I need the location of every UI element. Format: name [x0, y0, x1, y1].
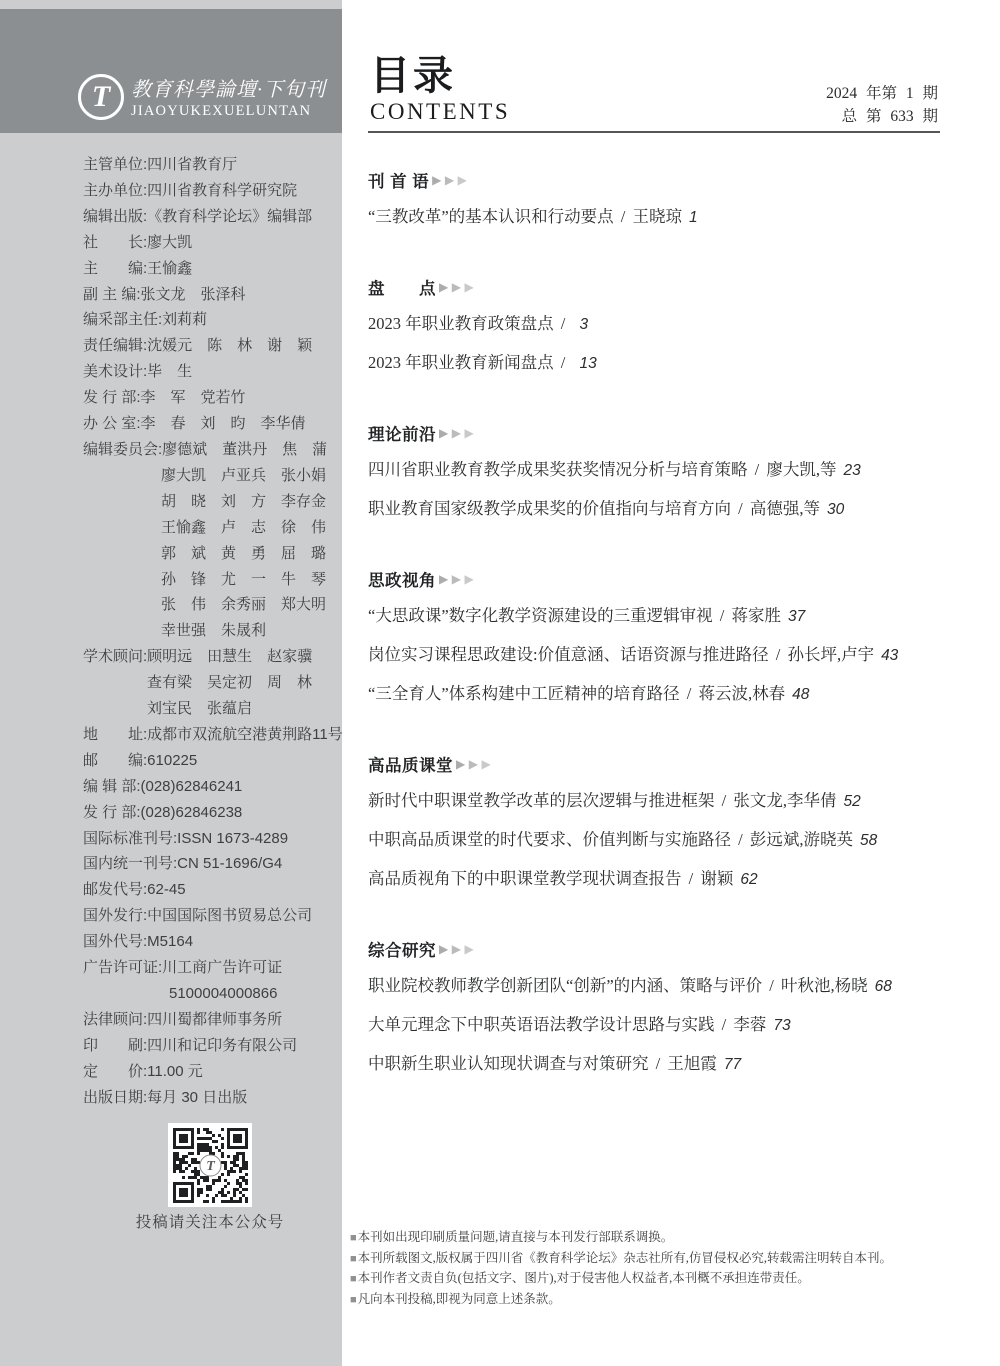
article-separator: / — [683, 684, 696, 703]
footer-note-text: 本刊如出现印刷质量问题,请直接与本刊发行部联系调换。 — [358, 1230, 674, 1244]
journal-info-list: 主管单位:四川省教育厅主办单位:四川省教育科学研究院编辑出版:《教育科学论坛》编… — [0, 152, 342, 1111]
triangle-arrow-icon: ▶ — [458, 174, 468, 186]
journal-info-line: 孙 锋 尤 一 牛 琴 — [83, 567, 336, 593]
footer-note: ■凡向本刊投稿,即视为同意上述条款。 — [350, 1290, 950, 1311]
journal-info-line: 编采部主任:刘莉莉 — [83, 307, 336, 333]
article-authors: 彭远斌,游晓英 — [750, 830, 853, 849]
sidebar: T 教育科學論壇·下旬刊 JIAOYUKEXUELUNTAN 主管单位:四川省教… — [0, 0, 342, 1366]
triangle-arrow-icon: ▶ — [464, 281, 474, 293]
journal-info-line: 法律顾问:四川蜀都律师事务所 — [83, 1007, 336, 1033]
section-title-text: 盘 点 — [368, 275, 436, 299]
article-entry: 四川省职业教育教学成果奖获奖情况分析与培育策略 / 廖大凯,等23 — [368, 451, 940, 490]
triangle-arrow-icon: ▶ — [439, 281, 449, 293]
article-title: “三全育人”体系构建中工匠精神的培育路径 — [368, 684, 680, 703]
article-title: 职业教育国家级教学成果奖的价值指向与培育方向 — [368, 499, 731, 518]
triangle-arrow-icon: ▶ — [452, 943, 462, 955]
journal-info-line: 郭 斌 黄 勇 屈 璐 — [83, 541, 336, 567]
article-separator: / — [557, 314, 570, 333]
issue-number: 2024 年第 1 期 — [826, 82, 938, 105]
logo-letter: T — [92, 82, 110, 112]
article-authors: 高德强,等 — [750, 499, 820, 518]
footer-note: ■本刊所载图文,版权属于四川省《教育科学论坛》杂志社所有,仿冒侵权必究,转载需注… — [350, 1249, 950, 1270]
article-entry: 职业院校教师教学创新团队“创新”的内涵、策略与评价 / 叶秋池,杨晓68 — [368, 967, 940, 1006]
article-authors: 蒋家胜 — [732, 606, 782, 625]
article-page-number: 68 — [875, 978, 892, 995]
article-page-number: 73 — [773, 1017, 790, 1034]
article-authors: 孙长坪,卢宇 — [787, 645, 874, 664]
article-separator: / — [617, 207, 630, 226]
article-entry: 2023 年职业教育政策盘点 / 3 — [368, 305, 940, 344]
section-title: 刊 首 语▶▶▶ — [368, 164, 940, 196]
article-authors: 叶秋池,杨晓 — [781, 976, 868, 995]
triangle-arrow-icon: ▶ — [456, 758, 466, 770]
issue-info: 2024 年第 1 期 总 第 633 期 — [826, 82, 938, 128]
journal-info-line: 国外代号:M5164 — [83, 929, 336, 955]
journal-info-line: 幸世强 朱晟利 — [83, 618, 336, 644]
toc-section: 综合研究▶▶▶职业院校教师教学创新团队“创新”的内涵、策略与评价 / 叶秋池,杨… — [368, 933, 940, 1084]
footer-note: ■本刊如出现印刷质量问题,请直接与本刊发行部联系调换。 — [350, 1228, 950, 1249]
section-title: 高品质课堂▶▶▶ — [368, 748, 940, 780]
journal-info-line: 社 长:廖大凯 — [83, 230, 336, 256]
logo-text: 教育科學論壇·下旬刊 JIAOYUKEXUELUNTAN — [131, 73, 326, 120]
triangle-arrow-icon: ▶ — [432, 174, 442, 186]
toc-section: 盘 点▶▶▶2023 年职业教育政策盘点 / 32023 年职业教育新闻盘点 /… — [368, 271, 940, 383]
article-separator: / — [751, 460, 764, 479]
journal-name-pinyin: JIAOYUKEXUELUNTAN — [131, 103, 326, 120]
article-separator: / — [772, 645, 785, 664]
journal-info-line: 责任编辑:沈媛元 陈 林 谢 颖 — [83, 333, 336, 359]
article-separator: / — [734, 830, 747, 849]
triangle-arrow-icon: ▶ — [445, 174, 455, 186]
article-separator: / — [652, 1054, 665, 1073]
article-title: 中职新生职业认知现状调查与对策研究 — [368, 1054, 649, 1073]
footer-notes: ■本刊如出现印刷质量问题,请直接与本刊发行部联系调换。■本刊所载图文,版权属于四… — [350, 1228, 950, 1310]
square-bullet-icon: ■ — [350, 1273, 357, 1285]
journal-logo: T 教育科學論壇·下旬刊 JIAOYUKEXUELUNTAN — [78, 73, 326, 120]
article-entry: 中职高品质课堂的时代要求、价值判断与实施路径 / 彭远斌,游晓英58 — [368, 821, 940, 860]
section-title-text: 思政视角 — [368, 567, 436, 591]
article-page-number: 37 — [788, 608, 805, 625]
article-separator: / — [557, 353, 570, 372]
triangle-arrow-icon: ▶ — [452, 281, 462, 293]
footer-note-text: 本刊作者文责自负(包括文字、图片),对于侵害他人权益者,本刊概不承担连带责任。 — [358, 1271, 810, 1285]
contents-column: 目录 CONTENTS 2024 年第 1 期 总 第 633 期 刊 首 语▶… — [368, 0, 940, 1084]
triangle-arrow-icon: ▶ — [464, 573, 474, 585]
journal-info-line: 编 辑 部:(028)62846241 — [83, 774, 336, 800]
magazine-contents-page: T 教育科學論壇·下旬刊 JIAOYUKEXUELUNTAN 主管单位:四川省教… — [0, 0, 1000, 1366]
journal-name-cn: 教育科學論壇·下旬刊 — [131, 73, 326, 102]
article-entry: 岗位实习课程思政建设:价值意涵、话语资源与推进路径 / 孙长坪,卢宇43 — [368, 636, 940, 675]
toc-section: 思政视角▶▶▶“大思政课”数字化教学资源建设的三重逻辑审视 / 蒋家胜37岗位实… — [368, 563, 940, 714]
article-entry: 高品质视角下的中职课堂教学现状调查报告 / 谢颖62 — [368, 860, 940, 899]
journal-info-line: 胡 晓 刘 方 李存金 — [83, 489, 336, 515]
journal-info-line: 王愉鑫 卢 志 徐 伟 — [83, 515, 336, 541]
article-title: 2023 年职业教育新闻盘点 — [368, 353, 554, 372]
qr-code: T — [168, 1123, 252, 1207]
square-bullet-icon: ■ — [350, 1232, 357, 1244]
journal-info-line: 发 行 部:李 军 党若竹 — [83, 385, 336, 411]
article-page-number: 1 — [689, 209, 698, 226]
article-page-number: 48 — [792, 686, 809, 703]
article-authors: 蒋云波,林春 — [699, 684, 786, 703]
article-page-number: 58 — [860, 832, 877, 849]
article-page-number: 23 — [843, 462, 860, 479]
article-authors: 李蓉 — [733, 1015, 766, 1034]
article-title: 四川省职业教育教学成果奖获奖情况分析与培育策略 — [368, 460, 748, 479]
article-entry: “大思政课”数字化教学资源建设的三重逻辑审视 / 蒋家胜37 — [368, 597, 940, 636]
journal-info-line: 国际标准刊号:ISSN 1673-4289 — [83, 826, 336, 852]
article-separator: / — [716, 606, 729, 625]
footer-note-text: 本刊所载图文,版权属于四川省《教育科学论坛》杂志社所有,仿冒侵权必究,转载需注明… — [358, 1251, 892, 1265]
journal-masthead: T 教育科學論壇·下旬刊 JIAOYUKEXUELUNTAN — [0, 9, 342, 133]
article-title: 新时代中职课堂教学改革的层次逻辑与推进框架 — [368, 791, 715, 810]
toc-section: 刊 首 语▶▶▶“三教改革”的基本认识和行动要点 / 王晓琼1 — [368, 164, 940, 237]
issue-total: 总 第 633 期 — [826, 105, 938, 128]
journal-info-line: 主 编:王愉鑫 — [83, 256, 336, 282]
triangle-arrow-icon: ▶ — [439, 943, 449, 955]
article-entry: “三全育人”体系构建中工匠精神的培育路径 / 蒋云波,林春48 — [368, 675, 940, 714]
article-authors: 王旭霞 — [667, 1054, 717, 1073]
article-separator: / — [718, 791, 731, 810]
journal-info-line: 主管单位:四川省教育厅 — [83, 152, 336, 178]
journal-info-line: 地 址:成都市双流航空港黄荆路11号 — [83, 722, 336, 748]
triangle-arrow-icon: ▶ — [452, 427, 462, 439]
triangle-arrow-icon: ▶ — [464, 943, 474, 955]
journal-info-line: 广告许可证:川工商广告许可证 — [83, 955, 336, 981]
journal-info-line: 张 伟 余秀丽 郑大明 — [83, 592, 336, 618]
toc-section: 高品质课堂▶▶▶新时代中职课堂教学改革的层次逻辑与推进框架 / 张文龙,李华倩5… — [368, 748, 940, 899]
article-entry: 职业教育国家级教学成果奖的价值指向与培育方向 / 高德强,等30 — [368, 490, 940, 529]
qr-caption: 投稿请关注本公众号 — [110, 1210, 310, 1232]
article-page-number: 43 — [881, 647, 898, 664]
triangle-arrow-icon: ▶ — [481, 758, 491, 770]
article-separator: / — [765, 976, 778, 995]
article-entry: 中职新生职业认知现状调查与对策研究 / 王旭霞77 — [368, 1045, 940, 1084]
article-title: 职业院校教师教学创新团队“创新”的内涵、策略与评价 — [368, 976, 762, 995]
journal-info-line: 美术设计:毕 生 — [83, 359, 336, 385]
triangle-arrow-icon: ▶ — [452, 573, 462, 585]
toc-sections: 刊 首 语▶▶▶“三教改革”的基本认识和行动要点 / 王晓琼1盘 点▶▶▶202… — [368, 164, 940, 1084]
section-title: 盘 点▶▶▶ — [368, 271, 940, 303]
footer-note-text: 凡向本刊投稿,即视为同意上述条款。 — [358, 1292, 561, 1306]
triangle-arrow-icon: ▶ — [439, 573, 449, 585]
article-page-number: 77 — [724, 1056, 741, 1073]
section-title: 思政视角▶▶▶ — [368, 563, 940, 595]
article-title: 2023 年职业教育政策盘点 — [368, 314, 554, 333]
contents-header: 目录 CONTENTS 2024 年第 1 期 总 第 633 期 — [368, 0, 940, 133]
article-separator: / — [685, 869, 698, 888]
article-page-number: 13 — [579, 355, 596, 372]
journal-info-line: 国外发行:中国国际图书贸易总公司 — [83, 903, 336, 929]
qr-code-icon: T — [171, 1126, 250, 1205]
article-entry: “三教改革”的基本认识和行动要点 / 王晓琼1 — [368, 198, 940, 237]
triangle-arrow-icon: ▶ — [469, 758, 479, 770]
section-title-text: 刊 首 语 — [368, 168, 429, 192]
journal-info-line: 发 行 部:(028)62846238 — [83, 800, 336, 826]
journal-info-line: 邮 编:610225 — [83, 748, 336, 774]
svg-text:T: T — [206, 1159, 216, 1174]
journal-info-line: 出版日期:每月 30 日出版 — [83, 1085, 336, 1111]
journal-info-line: 查有梁 吴定初 周 林 — [83, 670, 336, 696]
triangle-arrow-icon: ▶ — [464, 427, 474, 439]
footer-note: ■本刊作者文责自负(包括文字、图片),对于侵害他人权益者,本刊概不承担连带责任。 — [350, 1269, 950, 1290]
article-title: “大思政课”数字化教学资源建设的三重逻辑审视 — [368, 606, 713, 625]
journal-logo-icon: T — [78, 74, 124, 120]
article-entry: 大单元理念下中职英语语法教学设计思路与实践 / 李蓉73 — [368, 1006, 940, 1045]
journal-info-line: 刘宝民 张蕴启 — [83, 696, 336, 722]
article-page-number: 30 — [827, 501, 844, 518]
section-title-text: 综合研究 — [368, 937, 436, 961]
article-title: “三教改革”的基本认识和行动要点 — [368, 207, 614, 226]
journal-info-line: 廖大凯 卢亚兵 张小娟 — [83, 463, 336, 489]
journal-info-line: 学术顾问:顾明远 田慧生 赵家骥 — [83, 644, 336, 670]
journal-info-line: 5100004000866 — [83, 981, 336, 1007]
triangle-arrow-icon: ▶ — [439, 427, 449, 439]
article-authors: 王晓琼 — [633, 207, 683, 226]
article-separator: / — [734, 499, 747, 518]
journal-info-line: 印 刷:四川和记印务有限公司 — [83, 1033, 336, 1059]
journal-info-line: 副 主 编:张文龙 张泽科 — [83, 282, 336, 308]
page-title: 目录 — [370, 56, 456, 96]
article-title: 高品质视角下的中职课堂教学现状调查报告 — [368, 869, 682, 888]
toc-section: 理论前沿▶▶▶四川省职业教育教学成果奖获奖情况分析与培育策略 / 廖大凯,等23… — [368, 417, 940, 529]
section-title: 综合研究▶▶▶ — [368, 933, 940, 965]
article-title: 岗位实习课程思政建设:价值意涵、话语资源与推进路径 — [368, 645, 769, 664]
article-entry: 2023 年职业教育新闻盘点 / 13 — [368, 344, 940, 383]
article-page-number: 62 — [740, 871, 757, 888]
square-bullet-icon: ■ — [350, 1294, 357, 1306]
section-title-text: 理论前沿 — [368, 421, 436, 445]
article-title: 大单元理念下中职英语语法教学设计思路与实践 — [368, 1015, 715, 1034]
section-title-text: 高品质课堂 — [368, 752, 453, 776]
journal-info-line: 编辑出版:《教育科学论坛》编辑部 — [83, 204, 336, 230]
journal-info-line: 编辑委员会:廖德斌 董洪丹 焦 蒲 — [83, 437, 336, 463]
article-authors: 廖大凯,等 — [766, 460, 836, 479]
article-authors: 谢颖 — [700, 869, 733, 888]
article-authors: 张文龙,李华倩 — [733, 791, 836, 810]
journal-info-line: 国内统一刊号:CN 51-1696/G4 — [83, 851, 336, 877]
article-page-number: 3 — [579, 316, 588, 333]
article-entry: 新时代中职课堂教学改革的层次逻辑与推进框架 / 张文龙,李华倩52 — [368, 782, 940, 821]
square-bullet-icon: ■ — [350, 1253, 357, 1265]
page-title-en: CONTENTS — [370, 100, 510, 123]
article-page-number: 52 — [843, 793, 860, 810]
journal-info-line: 邮发代号:62-45 — [83, 877, 336, 903]
journal-info-line: 定 价:11.00 元 — [83, 1059, 336, 1085]
journal-info-line: 办 公 室:李 春 刘 昀 李华倩 — [83, 411, 336, 437]
article-separator: / — [718, 1015, 731, 1034]
section-title: 理论前沿▶▶▶ — [368, 417, 940, 449]
article-title: 中职高品质课堂的时代要求、价值判断与实施路径 — [368, 830, 731, 849]
journal-info-line: 主办单位:四川省教育科学研究院 — [83, 178, 336, 204]
